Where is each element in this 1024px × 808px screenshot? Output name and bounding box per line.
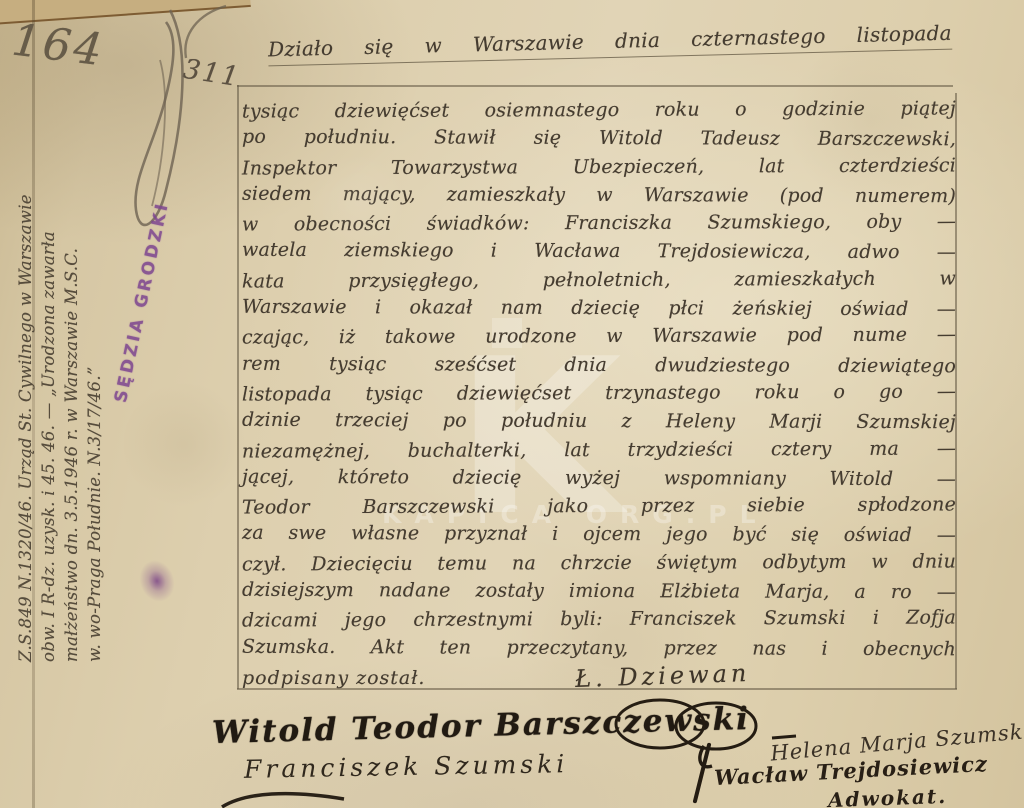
act-text-line: tysiąc dziewięćset osiemnastego roku o g… [242, 94, 956, 125]
scanned-document: K KAPICA ORG.PL 164 311 Z.S.849 N.1320/4… [0, 0, 1024, 808]
act-heading: Działo się w Warszawie dnia czternastego… [268, 20, 953, 67]
act-body: tysiąc dziewięćset osiemnastego roku o g… [242, 96, 956, 690]
act-text-line: Teodor Barszczewski jako przez siebie sp… [242, 491, 956, 522]
margin-flourish-signature [106, 0, 236, 260]
act-text-line: kata przysięgłego, pełnoletnich, zamiesz… [242, 264, 956, 295]
act-text-line: dzicami jego chrzestnymi byli: Francisze… [242, 604, 956, 635]
act-text-line: watela ziemskiego i Wacława Trejdosiewic… [242, 236, 956, 267]
margin-annotation-line: obw. I R-dz. uzysk. i 45. 46. — „Urodzon… [37, 62, 60, 662]
margin-annotation-lines: Z.S.849 N.1320/46. Urząd St. Cywilnego w… [14, 62, 106, 662]
act-text-line: dzisiejszym nadane zostały imiona Elżbie… [242, 576, 956, 607]
act-text-line: w obecności świadków: Franciszka Szumski… [242, 208, 956, 239]
act-box-top [237, 85, 953, 87]
act-text-line: jącej, któreto dziecię wyżej wspomniany … [242, 463, 956, 494]
act-text-line: czył. Dziecięciu temu na chrzcie świętym… [242, 547, 956, 578]
registrar-signature: Ł. Dziewan [575, 659, 751, 693]
act-body-lines: tysiąc dziewięćset osiemnastego roku o g… [242, 96, 956, 662]
act-text-line: rem tysiąc sześćset dnia dwudziestego dz… [242, 349, 956, 380]
cutoff-signature-squiggle [216, 790, 366, 808]
act-text-line: niezamężnej, buchalterki, lat trzydzieśc… [242, 434, 956, 465]
act-text-line: listopada tysiąc dziewięćset trzynastego… [242, 377, 956, 408]
act-box-left [237, 85, 239, 689]
act-text-line: za swe własne przyznał i ojcem jego być … [242, 519, 956, 550]
act-closing-line: podpisany został. [242, 667, 425, 689]
margin-annotation-line: w. wo-Praga Południe. N.3/17/46.” [83, 62, 106, 662]
act-text-line: Inspektor Towarzystwa Ubezpieczeń, lat c… [242, 151, 956, 182]
stamp-smudge [134, 555, 180, 606]
margin-annotation: Z.S.849 N.1320/46. Urząd St. Cywilnego w… [14, 62, 110, 662]
act-text-line: Szumska. Akt ten przeczytany, przez nas … [242, 632, 956, 663]
signature-witness1: Franciszek Szumski [244, 749, 569, 784]
signature-witness2-title: Adwokat. [828, 784, 948, 808]
act-text-line: po południu. Stawił się Witold Tadeusz B… [242, 123, 956, 154]
act-text-line: Warszawie i okazał nam dziecię płci żeńs… [242, 293, 956, 324]
act-text-line: dzinie trzeciej po południu z Heleny Mar… [242, 406, 956, 437]
act-text-line: czając, iż takowe urodzone w Warszawie p… [242, 321, 956, 352]
margin-annotation-line: Z.S.849 N.1320/46. Urząd St. Cywilnego w… [14, 62, 37, 662]
act-text-line: siedem mający, zamieszkały w Warszawie (… [242, 180, 956, 211]
margin-annotation-line: małżeństwo dn. 3.5.1946 r. w Warszawie M… [60, 62, 83, 662]
